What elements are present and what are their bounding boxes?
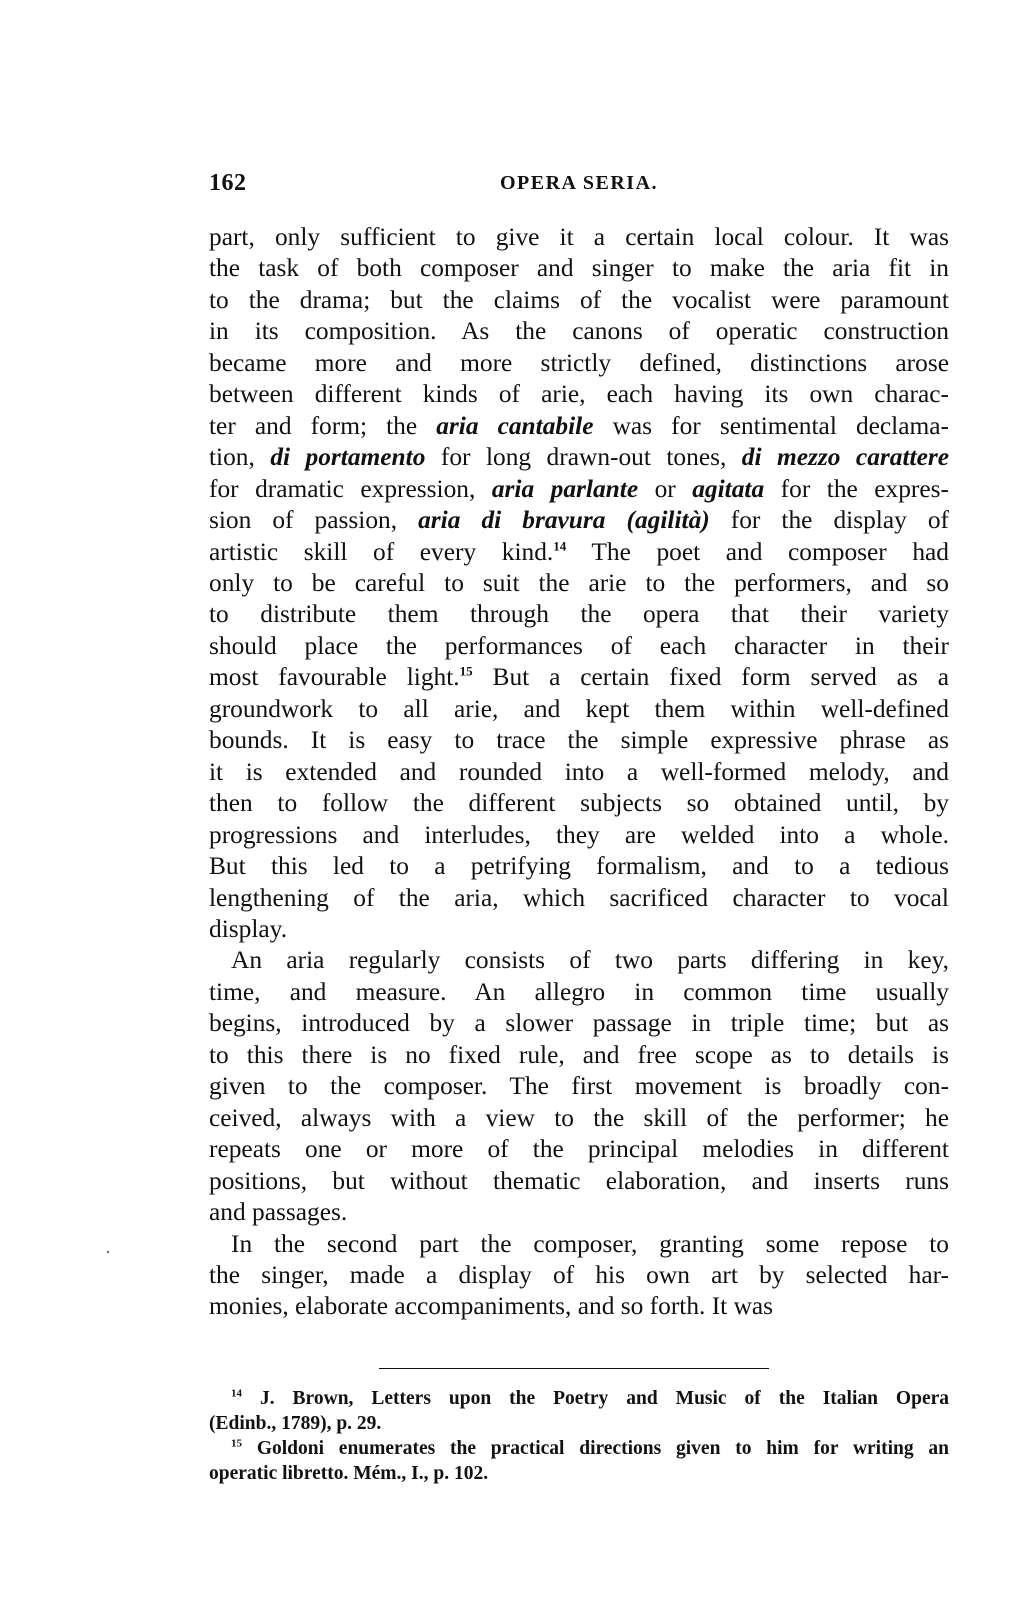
text-line: most favourable light.15 But a certain f…	[209, 662, 949, 693]
footnote: 15 Goldoni enumerates the practical dire…	[209, 1436, 949, 1486]
text-line: it is extended and rounded into a well-f…	[209, 757, 949, 788]
text-line: artistic skill of every kind.14 The poet…	[209, 537, 949, 568]
text-line: time, and measure. An allegro in common …	[209, 977, 949, 1008]
text-line: only to be careful to suit the arie to t…	[209, 568, 949, 599]
footnote-reference: 14	[553, 538, 566, 553]
text-line: the task of both composer and singer to …	[209, 253, 949, 284]
italic-term: aria parlante	[492, 475, 638, 503]
footnote-line: 14 J. Brown, Letters upon the Poetry and…	[209, 1386, 949, 1411]
text-line: tion, di portamento for long drawn-out t…	[209, 442, 949, 473]
footnote-marker: 15	[231, 1438, 242, 1450]
text-line: groundwork to all arie, and kept them wi…	[209, 694, 949, 725]
footnotes: 14 J. Brown, Letters upon the Poetry and…	[209, 1386, 949, 1486]
text-line: begins, introduced by a slower passage i…	[209, 1008, 949, 1039]
text-line: given to the composer. The first movemen…	[209, 1071, 949, 1102]
text-line: display.	[209, 914, 949, 945]
body-text: part, only sufficient to give it a certa…	[209, 222, 949, 1323]
text-line: In the second part the composer, grantin…	[209, 1229, 949, 1260]
text-line: positions, but without thematic elaborat…	[209, 1166, 949, 1197]
scan-speck	[107, 1251, 109, 1253]
footnote-line: operatic libretto. Mém., I., p. 102.	[209, 1461, 949, 1486]
text-line: and passages.	[209, 1197, 949, 1228]
text-line: ceived, always with a view to the skill …	[209, 1103, 949, 1134]
text-line: between different kinds of arie, each ha…	[209, 379, 949, 410]
text-line: repeats one or more of the principal mel…	[209, 1134, 949, 1165]
text-line: bounds. It is easy to trace the simple e…	[209, 725, 949, 756]
paragraph: In the second part the composer, grantin…	[209, 1229, 949, 1323]
footnote-line: (Edinb., 1789), p. 29.	[209, 1411, 949, 1436]
italic-term: aria cantabile	[436, 412, 593, 440]
text-line: to the drama; but the claims of the voca…	[209, 285, 949, 316]
running-head: 162 OPERA SERIA.	[209, 170, 949, 200]
text-line: in its composition. As the canons of ope…	[209, 316, 949, 347]
text-line: But this led to a petrifying formalism, …	[209, 851, 949, 882]
italic-term: agitata	[692, 475, 764, 503]
text-line: for dramatic expression, aria parlante o…	[209, 474, 949, 505]
text-line: to distribute them through the opera tha…	[209, 599, 949, 630]
italic-term: di mezzo carattere	[742, 443, 949, 471]
paragraph: part, only sufficient to give it a certa…	[209, 222, 949, 945]
paragraph: An aria regularly consists of two parts …	[209, 945, 949, 1228]
text-line: An aria regularly consists of two parts …	[209, 945, 949, 976]
text-line: the singer, made a display of his own ar…	[209, 1260, 949, 1291]
text-line: to this there is no fixed rule, and free…	[209, 1040, 949, 1071]
text-line: became more and more strictly defined, d…	[209, 348, 949, 379]
footnote-divider	[379, 1368, 769, 1369]
text-line: part, only sufficient to give it a certa…	[209, 222, 949, 253]
running-title: OPERA SERIA.	[209, 172, 949, 195]
text-line: then to follow the different subjects so…	[209, 788, 949, 819]
italic-term: aria di bravura (agilità)	[418, 506, 710, 534]
footnote: 14 J. Brown, Letters upon the Poetry and…	[209, 1386, 949, 1436]
text-line: lengthening of the aria, which sacrifice…	[209, 883, 949, 914]
footnote-marker: 14	[231, 1388, 242, 1400]
text-line: ter and form; the aria cantabile was for…	[209, 411, 949, 442]
text-line: progressions and interludes, they are we…	[209, 820, 949, 851]
text-line: should place the performances of each ch…	[209, 631, 949, 662]
text-line: sion of passion, aria di bravura (agilit…	[209, 505, 949, 536]
footnote-line: 15 Goldoni enumerates the practical dire…	[209, 1436, 949, 1461]
footnote-reference: 15	[460, 664, 473, 679]
italic-term: di portamento	[270, 443, 425, 471]
text-line: monies, elaborate accompaniments, and so…	[209, 1291, 949, 1322]
